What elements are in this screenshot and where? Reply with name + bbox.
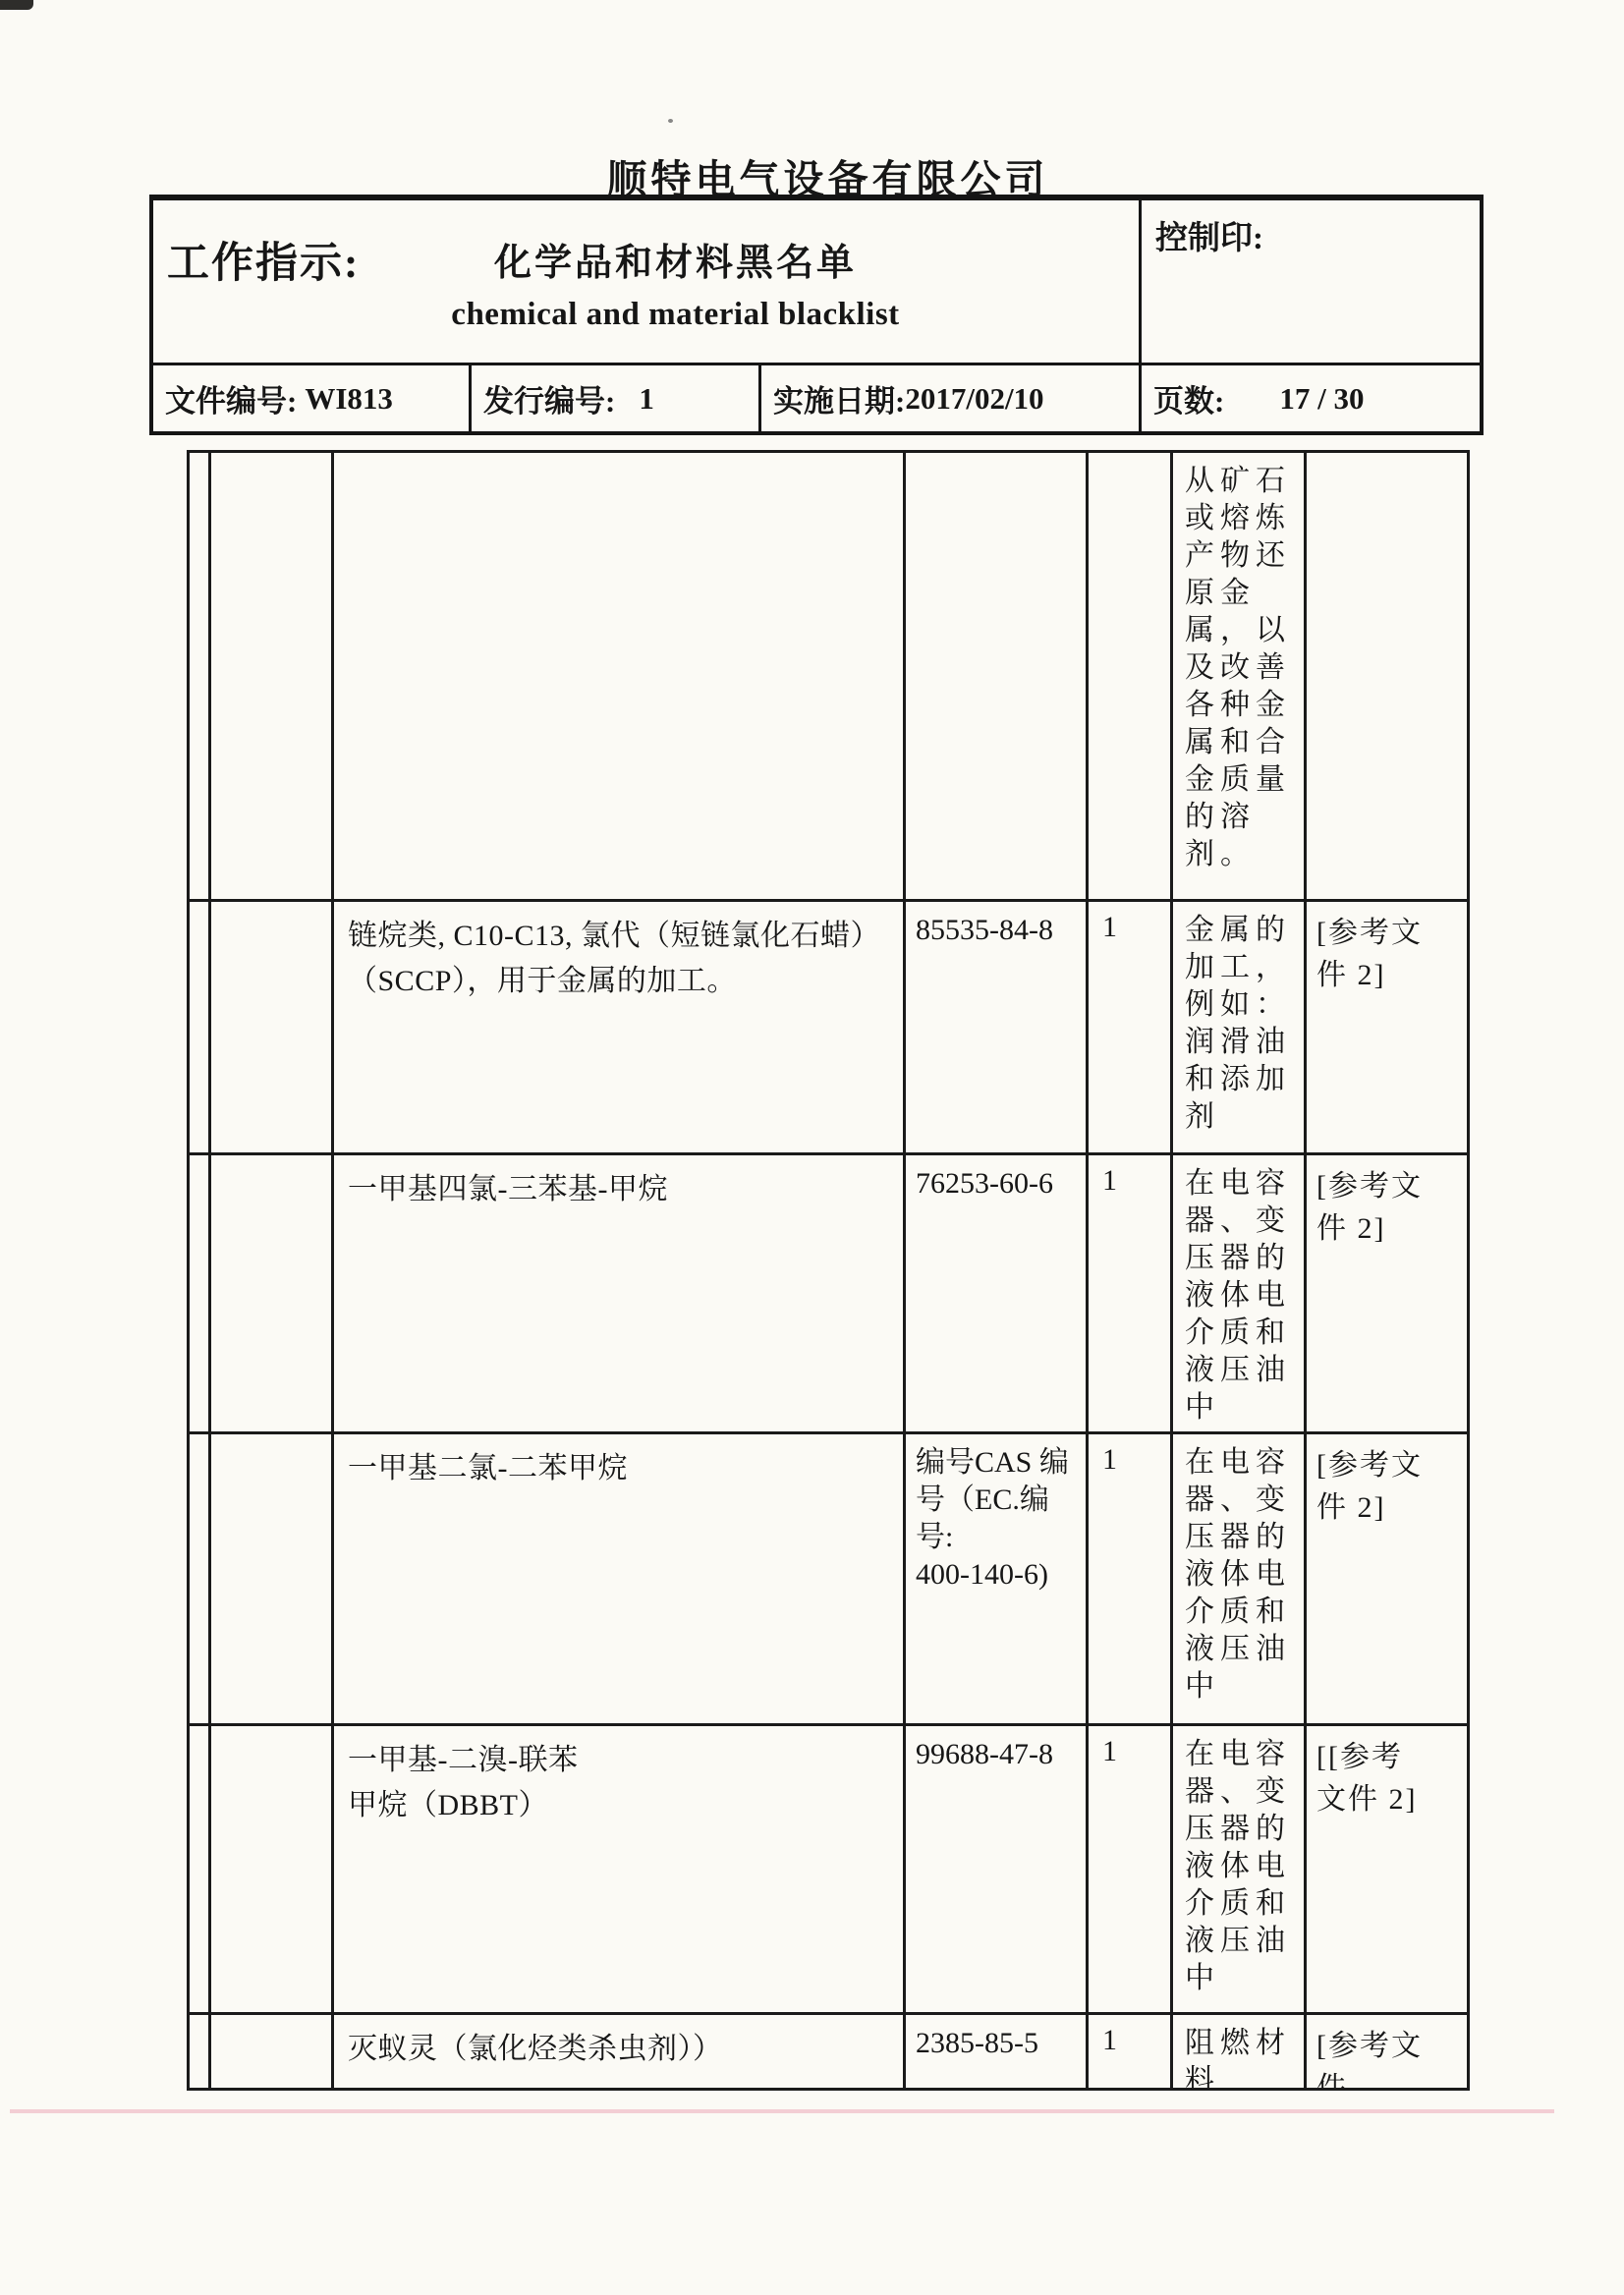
empty-cell: [211, 2015, 334, 2088]
empty-cell: [211, 902, 334, 1155]
page-count-cell: 页数:17 / 30: [1142, 365, 1480, 431]
page-count-label: 页数:: [1153, 376, 1224, 420]
empty-cell: [211, 1726, 334, 2015]
chemical-name-cell: 一甲基二氯-二苯甲烷: [334, 1434, 906, 1726]
usage-cell: 在电容 器、变 压器的 液体电 介质和 液压油 中: [1173, 1434, 1307, 1726]
doc-title-en: chemical and material blacklist: [212, 297, 1139, 333]
doc-number-value: WI813: [305, 381, 393, 417]
doc-title-block: 化学品和材料黑名单 chemical and material blacklis…: [212, 232, 1139, 333]
chemical-name-cell: 链烷类, C10-C13, 氯代（短链氯化石蜡） （SCCP），用于金属的加工。: [334, 902, 906, 1155]
doc-title-cn: 化学品和材料黑名单: [212, 232, 1139, 286]
control-seal-label: 控制印:: [1155, 221, 1263, 256]
empty-cell: [190, 1155, 211, 1434]
header-title-row: 工作指示: 化学品和材料黑名单 chemical and material bl…: [153, 200, 1480, 363]
level-cell: 1: [1089, 902, 1173, 1155]
doc-number-label: 文件编号:: [165, 376, 297, 420]
control-seal-cell: 控制印:: [1142, 200, 1480, 363]
empty-cell: [211, 453, 334, 902]
empty-cell: [190, 1726, 211, 2015]
usage-cell: 阻燃材 料: [1173, 2015, 1307, 2088]
page-count-value: 17 / 30: [1279, 381, 1364, 417]
chemical-name-cell: 一甲基四氯-三苯基-甲烷: [334, 1155, 906, 1434]
reference-cell: [参考文 件: [1307, 2015, 1467, 2088]
implementation-date-label: 实施日期:: [773, 376, 905, 420]
empty-cell: [190, 2015, 211, 2088]
chemical-name-cell: [334, 453, 906, 902]
issue-number-label: 发行编号:: [483, 376, 615, 420]
level-cell: 1: [1089, 1726, 1173, 2015]
blacklist-table: 从矿石 或熔炼 产物还 原金 属，以 及改善 各种金 属和合 金质量 的溶 剂。…: [187, 450, 1470, 2091]
reference-cell: [参考文 件 2]: [1307, 1155, 1467, 1434]
usage-cell: 在电容 器、变 压器的 液体电 介质和 液压油 中: [1173, 1155, 1307, 1434]
chemical-name-cell: 一甲基-二溴-联苯 甲烷（DBBT）: [334, 1726, 906, 2015]
cas-number-cell: [906, 453, 1089, 902]
level-cell: [1089, 453, 1173, 902]
document-header-table: 工作指示: 化学品和材料黑名单 chemical and material bl…: [149, 195, 1484, 435]
document-page: 顺特电气设备有限公司 工作指示: 化学品和材料黑名单 chemical and …: [0, 0, 1624, 2295]
chemical-name-cell: 灭蚁灵（氯化烃类杀虫剂））: [334, 2015, 906, 2088]
header-title-cell: 工作指示: 化学品和材料黑名单 chemical and material bl…: [153, 200, 1142, 363]
level-cell: 1: [1089, 1434, 1173, 1726]
empty-cell: [190, 1434, 211, 1726]
cas-number-cell: 85535-84-8: [906, 902, 1089, 1155]
issue-number-value: 1: [639, 381, 654, 417]
cas-number-cell: 76253-60-6: [906, 1155, 1089, 1434]
empty-cell: [190, 902, 211, 1155]
empty-cell: [211, 1434, 334, 1726]
scanner-pink-line-artifact: [10, 2109, 1554, 2113]
empty-cell: [211, 1155, 334, 1434]
empty-cell: [190, 453, 211, 902]
usage-cell: 金属的 加工， 例如： 润滑油 和添加 剂: [1173, 902, 1307, 1155]
implementation-date-value: 2017/02/10: [905, 381, 1043, 417]
scan-speck: [668, 119, 673, 123]
header-meta-row: 文件编号:WI813 发行编号:1 实施日期:2017/02/10 页数:17 …: [153, 363, 1480, 431]
reference-cell: [[参考 文件 2]: [1307, 1726, 1467, 2015]
doc-number-cell: 文件编号:WI813: [153, 365, 472, 431]
usage-cell: 在电容 器、变 压器的 液体电 介质和 液压油 中: [1173, 1726, 1307, 2015]
reference-cell: [参考文 件 2]: [1307, 1434, 1467, 1726]
level-cell: 1: [1089, 1155, 1173, 1434]
reference-cell: [1307, 453, 1467, 902]
cas-number-cell: 编号CAS 编 号（EC.编 号: 400-140-6): [906, 1434, 1089, 1726]
scan-corner-artifact: [0, 0, 33, 10]
issue-number-cell: 发行编号:1: [472, 365, 761, 431]
cas-number-cell: 99688-47-8: [906, 1726, 1089, 2015]
implementation-date-cell: 实施日期:2017/02/10: [761, 365, 1142, 431]
usage-cell: 从矿石 或熔炼 产物还 原金 属，以 及改善 各种金 属和合 金质量 的溶 剂。: [1173, 453, 1307, 902]
level-cell: 1: [1089, 2015, 1173, 2088]
cas-number-cell: 2385-85-5: [906, 2015, 1089, 2088]
reference-cell: [参考文 件 2]: [1307, 902, 1467, 1155]
